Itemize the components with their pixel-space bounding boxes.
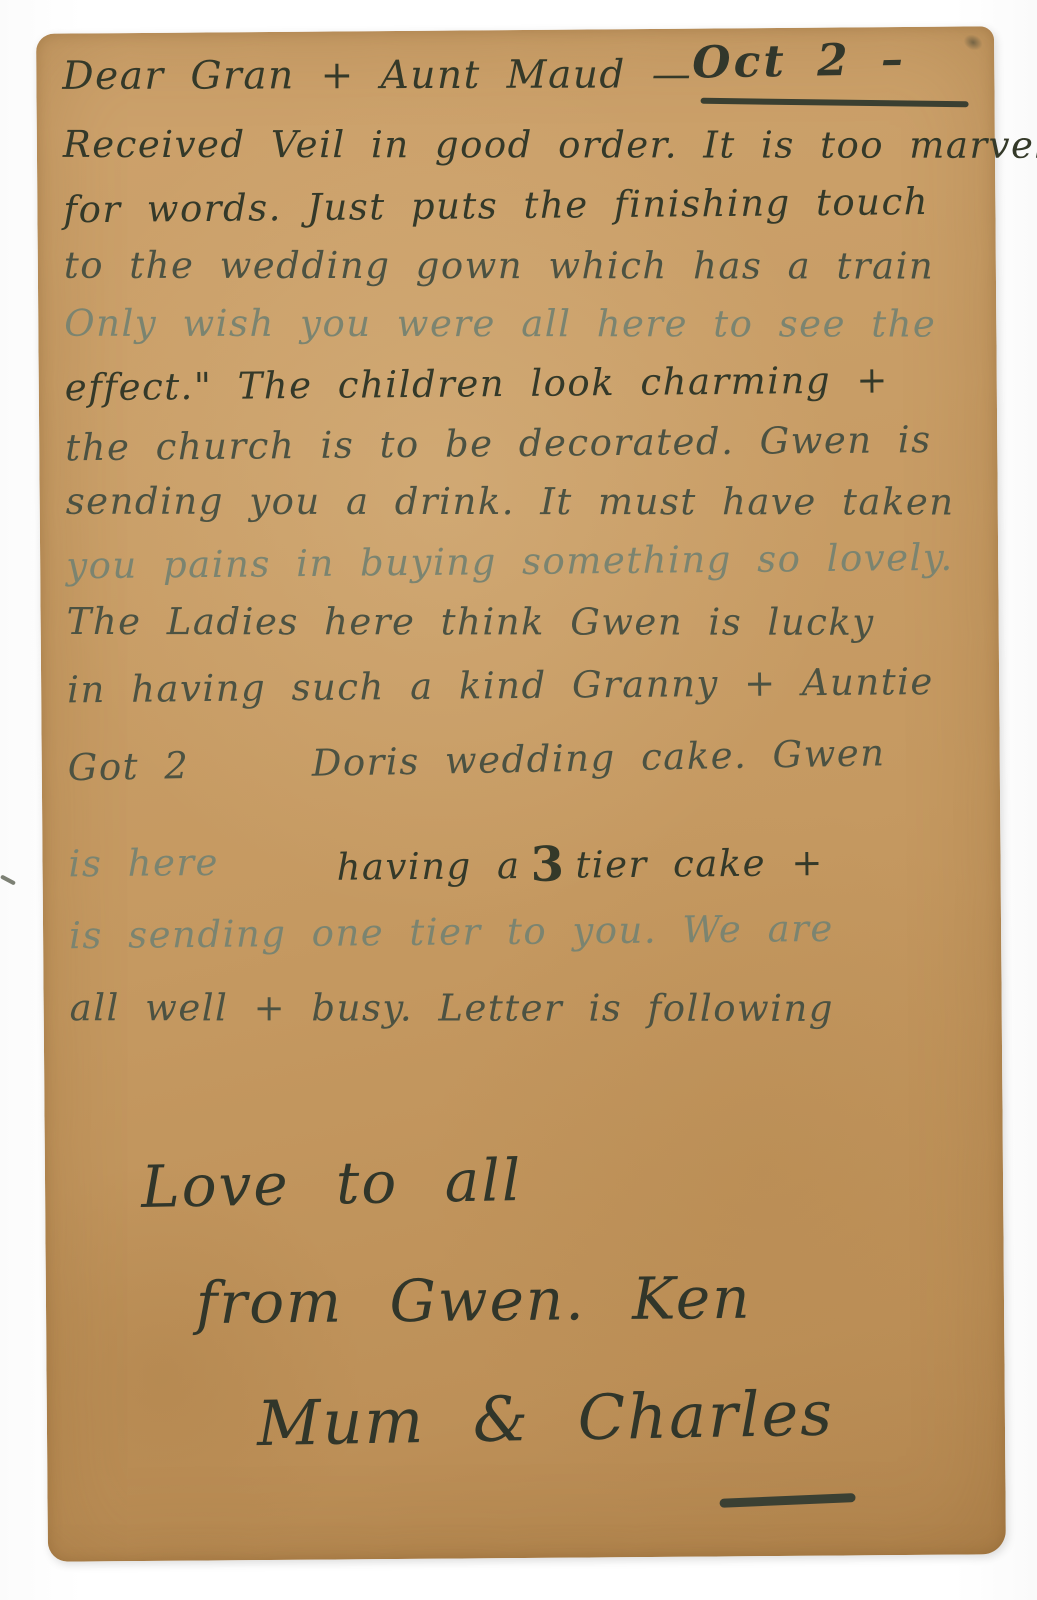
- handwritten-line: Only wish you were all here to see the: [64, 302, 936, 346]
- closing-love: Love to all: [140, 1146, 522, 1221]
- date: Oct 2 –: [692, 34, 907, 89]
- handwritten-line: is here having a3tier cake +: [68, 834, 968, 886]
- handwritten-line: Received Veil in good order. It is too m…: [63, 123, 1037, 167]
- line-segment: Doris wedding cake. Gwen: [311, 731, 886, 785]
- date-underline: [701, 98, 969, 108]
- handwritten-line: in having such a kind Granny + Auntie: [67, 660, 934, 711]
- handwritten-line: sending you a drink. It must have taken: [66, 480, 955, 524]
- line-segment: Got 2: [67, 744, 189, 789]
- signature: Mum & Charles: [256, 1377, 834, 1461]
- handwritten-line: all well + busy. Letter is following: [70, 986, 834, 1030]
- line-segment: having a: [336, 844, 520, 889]
- line-segment: having a3tier cake +: [336, 835, 824, 889]
- signature-underline: [719, 1493, 855, 1508]
- postcard: Dear Gran + Aunt Maud — Oct 2 – Received…: [36, 26, 1006, 1561]
- stray-ink-mark: [0, 874, 16, 885]
- handwritten-line: Got 2 Doris wedding cake. Gwen: [67, 730, 968, 789]
- handwritten-line: is sending one tier to you. We are: [69, 907, 834, 957]
- salutation: Dear Gran + Aunt Maud —: [62, 52, 692, 99]
- line-segment: is here: [68, 841, 219, 885]
- closing-from: from Gwen. Ken: [196, 1264, 752, 1337]
- handwritten-line: the church is to be decorated. Gwen is: [65, 418, 932, 469]
- handwritten-line: for words. Just puts the finishing touch: [63, 180, 929, 231]
- tier-count: 3: [530, 837, 565, 893]
- line-segment: tier cake +: [575, 841, 824, 886]
- handwritten-line: to the wedding gown which has a train: [64, 244, 934, 288]
- handwritten-line: you pains in buying something so lovely.: [66, 536, 954, 588]
- corner-smudge: [957, 28, 989, 57]
- handwritten-line: The Ladies here think Gwen is lucky: [67, 600, 875, 644]
- handwritten-line: effect." The children look charming +: [65, 358, 889, 409]
- scan-background: Dear Gran + Aunt Maud — Oct 2 – Received…: [0, 0, 1037, 1600]
